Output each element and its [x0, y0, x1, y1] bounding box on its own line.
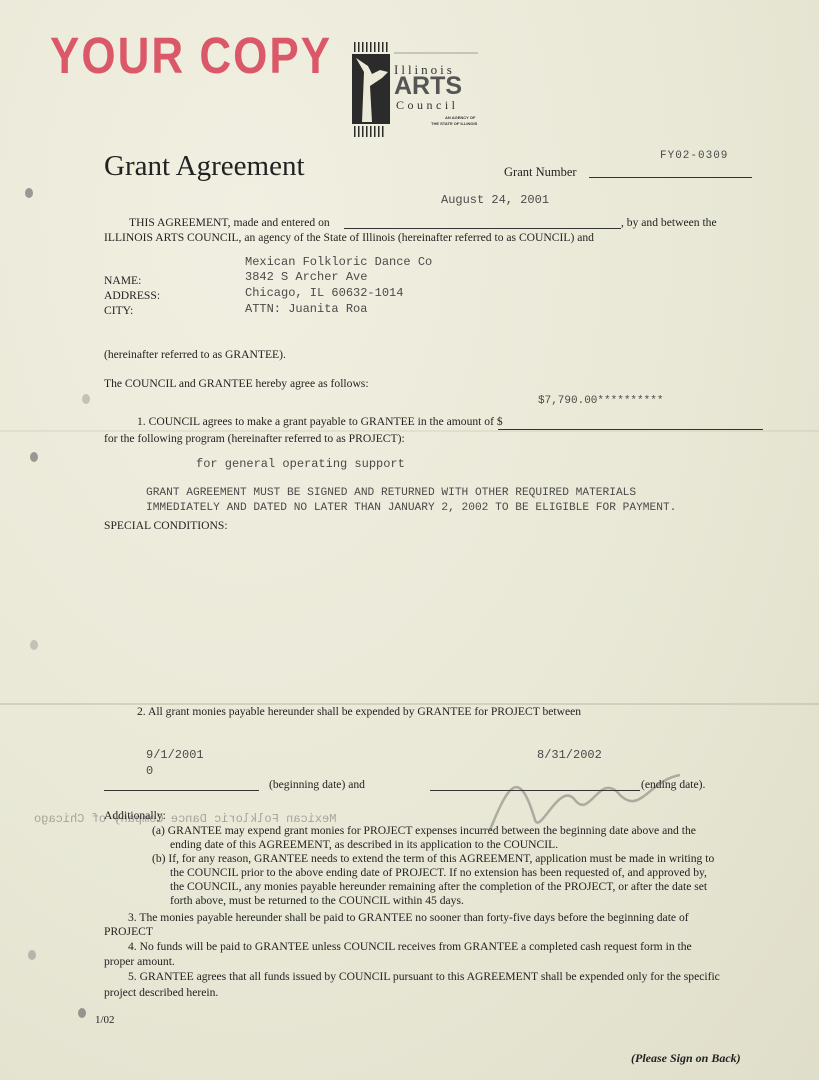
clause-4-line-2: proper amount.	[104, 955, 175, 968]
program-description: for general operating support	[196, 457, 405, 471]
grantee-attn: ATTN: Juanita Roa	[245, 302, 367, 316]
intro-council: ILLINOIS ARTS COUNCIL, an agency of the …	[104, 231, 594, 244]
logo-tag-2: THE STATE OF ILLINOIS	[431, 121, 477, 126]
your-copy-stamp: YOUR COPY	[50, 28, 332, 86]
smudge	[30, 452, 38, 462]
clause-3-line-1: 3. The monies payable hereunder shall be…	[128, 911, 689, 924]
logo-tag-1: AN AGENCY OF	[445, 115, 475, 120]
begin-date-extra: 0	[146, 764, 153, 778]
grantee-ref: (hereinafter referred to as GRANTEE).	[104, 348, 286, 361]
name-label: NAME:	[104, 274, 141, 287]
grant-number-value: FY02-0309	[660, 150, 728, 162]
notice-line-1: GRANT AGREEMENT MUST BE SIGNED AND RETUR…	[146, 487, 636, 499]
amount-line	[498, 429, 763, 430]
agreement-date: August 24, 2001	[441, 193, 549, 207]
additionally-b-1: (b) If, for any reason, GRANTEE needs to…	[152, 852, 714, 865]
agree-intro: The COUNCIL and GRANTEE hereby agree as …	[104, 377, 369, 390]
grantee-city: Chicago, IL 60632-1014	[245, 286, 403, 300]
city-label: CITY:	[104, 304, 133, 317]
clause-1-text: 1. COUNCIL agrees to make a grant payabl…	[137, 415, 503, 428]
clause-4-line-1: 4. No funds will be paid to GRANTEE unle…	[128, 940, 692, 953]
logo-council: Council	[396, 98, 459, 113]
form-version: 1/02	[95, 1014, 115, 1026]
please-sign-note: (Please Sign on Back)	[631, 1051, 741, 1066]
grant-number-label: Grant Number	[504, 165, 577, 180]
smudge	[78, 1008, 86, 1018]
smudge	[82, 394, 90, 404]
clause-3-line-2: PROJECT	[104, 925, 153, 938]
special-conditions-label: SPECIAL CONDITIONS:	[104, 519, 228, 532]
additionally-b-3: the COUNCIL, any monies payable hereunde…	[170, 880, 707, 893]
grantee-name: Mexican Folkloric Dance Co	[245, 255, 432, 269]
begin-date: 9/1/2001	[146, 748, 204, 762]
additionally-b-4: forth above, must be returned to the COU…	[170, 894, 464, 907]
smudge	[25, 188, 33, 198]
smudge	[30, 640, 38, 650]
begin-date-label: (beginning date) and	[269, 778, 365, 791]
page-title: Grant Agreement	[104, 150, 305, 183]
grantee-address: 3842 S Archer Ave	[245, 270, 367, 284]
clause-2-text: 2. All grant monies payable hereunder sh…	[137, 705, 581, 718]
grant-amount: $7,790.00**********	[538, 395, 663, 407]
notice-line-2: IMMEDIATELY AND DATED NO LATER THAN JANU…	[146, 502, 676, 514]
smudge	[28, 950, 36, 960]
intro-text: THIS AGREEMENT, made and entered on	[129, 216, 330, 229]
clause-5-line-1: 5. GRANTEE agrees that all funds issued …	[128, 970, 720, 983]
logo-arts: ARTS	[394, 72, 462, 101]
additionally-label: Additionally:	[104, 809, 166, 822]
clause-5-line-2: project described herein.	[104, 986, 218, 999]
intro-text-end: , by and between the	[621, 216, 717, 229]
additionally-a-2: ending date of this AGREEMENT, as descri…	[170, 838, 558, 851]
address-label: ADDRESS:	[104, 289, 160, 302]
clause-1-program-intro: for the following program (hereinafter r…	[104, 432, 405, 445]
additionally-a-1: (a) GRANTEE may expend grant monies for …	[152, 824, 696, 837]
additionally-b-2: the COUNCIL prior to the above ending da…	[170, 866, 707, 879]
begin-date-line	[104, 790, 259, 791]
date-line	[344, 228, 621, 229]
grant-number-line	[589, 177, 752, 178]
